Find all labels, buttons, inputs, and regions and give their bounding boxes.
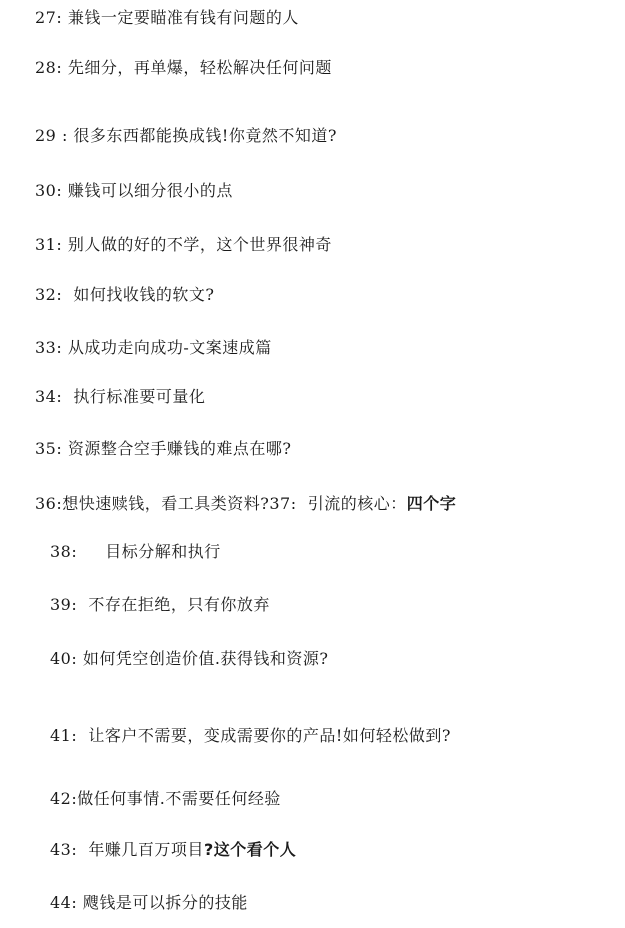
item-number: 42: bbox=[50, 789, 77, 808]
item-number: 44: bbox=[50, 893, 83, 912]
item-text: 如何找收钱的软文? bbox=[73, 285, 214, 304]
item-number: 39: bbox=[50, 595, 88, 614]
item-text: 做任何事情.不需要任何经验 bbox=[77, 789, 281, 808]
item-number: 35: bbox=[35, 439, 68, 458]
item-number: 28: bbox=[35, 58, 68, 77]
list-item-31: 31: 别人做的好的不学，这个世界很神奇 bbox=[35, 235, 332, 255]
item-number: 41: bbox=[50, 726, 88, 745]
list-item-38: 38: 目标分解和执行 bbox=[50, 542, 221, 562]
item-number: 30: bbox=[35, 181, 68, 200]
item-text: 赚钱可以细分很小的点 bbox=[68, 181, 233, 200]
item-text: 资源整合空手赚钱的难点在哪? bbox=[68, 439, 292, 458]
list-item-35: 35: 资源整合空手赚钱的难点在哪? bbox=[35, 439, 291, 459]
list-item-42: 42:做任何事情.不需要任何经验 bbox=[50, 789, 281, 809]
list-item-40: 40: 如何凭空创造价值.获得钱和资源? bbox=[50, 649, 329, 669]
item-number: 27: bbox=[35, 8, 68, 27]
list-item-41: 41: 让客户不需要，变成需要你的产品!如何轻松做到? bbox=[50, 726, 451, 746]
item-text: 执行标准要可量化 bbox=[73, 387, 205, 406]
item-number: 32: bbox=[35, 285, 73, 304]
list-item-28: 28: 先细分，再单爆，轻松解决任何问题 bbox=[35, 58, 332, 78]
item-number: 31: bbox=[35, 235, 68, 254]
item-number: 29 : bbox=[35, 126, 73, 145]
list-item-27: 27: 兼钱一定要瞄准有钱有问题的人 bbox=[35, 8, 299, 28]
list-item-43: 43: 年赚几百万项目?这个看个人 bbox=[50, 840, 296, 860]
item-text: 让客户不需要，变成需要你的产品!如何轻松做到? bbox=[88, 726, 451, 745]
list-item-44: 44: 飕钱是可以拆分的技能 bbox=[50, 893, 248, 913]
list-item-39: 39: 不存在拒绝，只有你放弃 bbox=[50, 595, 270, 615]
list-item-30: 30: 赚钱可以细分很小的点 bbox=[35, 181, 233, 201]
item-number: 38: bbox=[50, 542, 105, 561]
item-text: 很多东西都能换成钱!你竟然不知道? bbox=[73, 126, 337, 145]
item-number: 43: bbox=[50, 840, 88, 859]
item-text: 如何凭空创造价值.获得钱和资源? bbox=[83, 649, 329, 668]
list-item-32: 32: 如何找收钱的软文? bbox=[35, 285, 215, 305]
item-number: 33: bbox=[35, 338, 68, 357]
list-item-33: 33: 从成功走向成功-文案速成篇 bbox=[35, 338, 272, 358]
item-text: 别人做的好的不学，这个世界很神奇 bbox=[68, 235, 332, 254]
item-text: 从成功走向成功-文案速成篇 bbox=[68, 338, 272, 357]
item-number: 36: bbox=[35, 494, 62, 513]
item-text: 不存在拒绝，只有你放弃 bbox=[88, 595, 270, 614]
item-text: 想快速赎钱，看工具类资料?37: 引流的核心： bbox=[62, 494, 407, 513]
item-text: 先细分，再单爆，轻松解决任何问题 bbox=[68, 58, 332, 77]
list-item-29: 29 : 很多东西都能换成钱!你竟然不知道? bbox=[35, 126, 337, 146]
list-item-34: 34: 执行标准要可量化 bbox=[35, 387, 205, 407]
item-text: 兼钱一定要瞄准有钱有问题的人 bbox=[68, 8, 299, 27]
item-bold-text: 四个字 bbox=[407, 494, 457, 513]
item-text: 目标分解和执行 bbox=[105, 542, 221, 561]
item-text: 飕钱是可以拆分的技能 bbox=[83, 893, 248, 912]
item-text: 年赚几百万项目 bbox=[88, 840, 204, 859]
item-number: 40: bbox=[50, 649, 83, 668]
list-item-36-37: 36:想快速赎钱，看工具类资料?37: 引流的核心：四个字 bbox=[35, 494, 456, 514]
item-number: 34: bbox=[35, 387, 73, 406]
item-bold-text: ?这个看个人 bbox=[204, 840, 296, 859]
